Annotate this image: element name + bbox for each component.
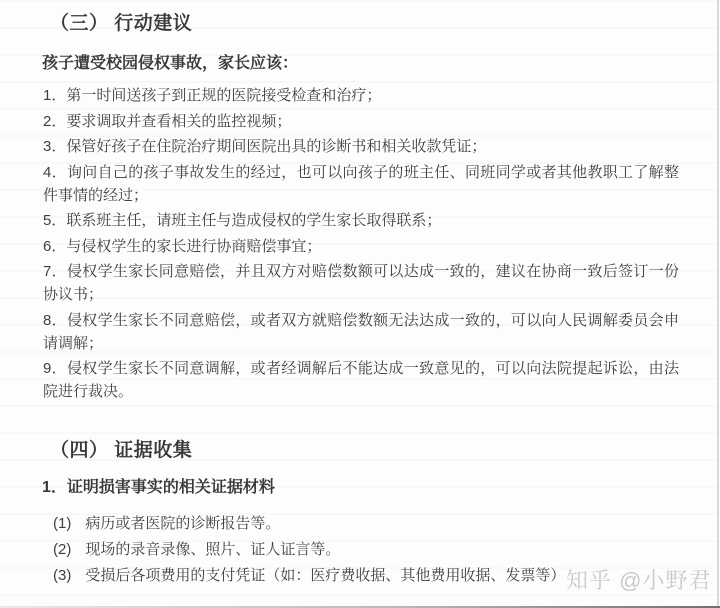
- screenshot-right-edge-line: [717, 0, 719, 608]
- evidence-item-3: (3)受损后各项费用的支付凭证（如：医疗费收据、其他费用收据、发票等）: [53, 563, 693, 589]
- evidence-item-1: (1)病历或者医院的诊断报告等。: [53, 511, 693, 537]
- evidence-item-2-text: 现场的录音录像、照片、证人证言等。: [85, 541, 340, 558]
- action-item-1: 1．第一时间送孩子到正规的医院接受检查和治疗；: [43, 84, 679, 107]
- evidence-subtitle: 1．证明损害事实的相关证据材料: [42, 474, 275, 497]
- section-heading-action-advice: （三） 行动建议: [50, 8, 192, 35]
- evidence-item-3-text: 受损后各项费用的支付凭证（如：医疗费收据、其他费用收据、发票等）: [85, 567, 565, 584]
- evidence-list: (1)病历或者医院的诊断报告等。 (2)现场的录音录像、照片、证人证言等。 (3…: [53, 511, 693, 589]
- action-item-5: 5．联系班主任，请班主任与造成侵权的学生家长取得联系；: [43, 209, 679, 232]
- action-item-8: 8．侵权学生家长不同意赔偿，或者双方就赔偿数额无法达成一致的，可以向人民调解委员…: [43, 309, 679, 355]
- evidence-item-1-text: 病历或者医院的诊断报告等。: [85, 515, 280, 532]
- evidence-item-3-marker: (3): [53, 563, 71, 589]
- action-item-4: 4．询问自己的孩子事故发生的经过，也可以向孩子的班主任、同班同学或者其他教职工了…: [43, 161, 679, 207]
- section-heading-evidence-collection: （四） 证据收集: [50, 435, 192, 462]
- article-page: （三） 行动建议 孩子遭受校园侵权事故，家长应该： 1．第一时间送孩子到正规的医…: [0, 0, 720, 608]
- evidence-item-2: (2)现场的录音录像、照片、证人证言等。: [53, 537, 693, 563]
- evidence-item-2-marker: (2): [53, 537, 71, 563]
- action-item-3: 3．保管好孩子在住院治疗期间医院出具的诊断书和相关收款凭证；: [43, 135, 679, 158]
- action-list: 1．第一时间送孩子到正规的医院接受检查和治疗； 2．要求调取并查看相关的监控视频…: [43, 84, 679, 406]
- action-item-2: 2．要求调取并查看相关的监控视频；: [43, 110, 679, 133]
- evidence-item-1-marker: (1): [53, 511, 71, 537]
- action-item-7: 7．侵权学生家长同意赔偿，并且双方对赔偿数额可以达成一致的，建议在协商一致后签订…: [43, 260, 679, 306]
- action-item-9: 9．侵权学生家长不同意调解，或者经调解后不能达成一致意见的，可以向法院提起诉讼，…: [43, 357, 679, 403]
- action-intro-text: 孩子遭受校园侵权事故，家长应该：: [42, 50, 298, 73]
- action-item-6: 6．与侵权学生的家长进行协商赔偿事宜；: [43, 235, 679, 258]
